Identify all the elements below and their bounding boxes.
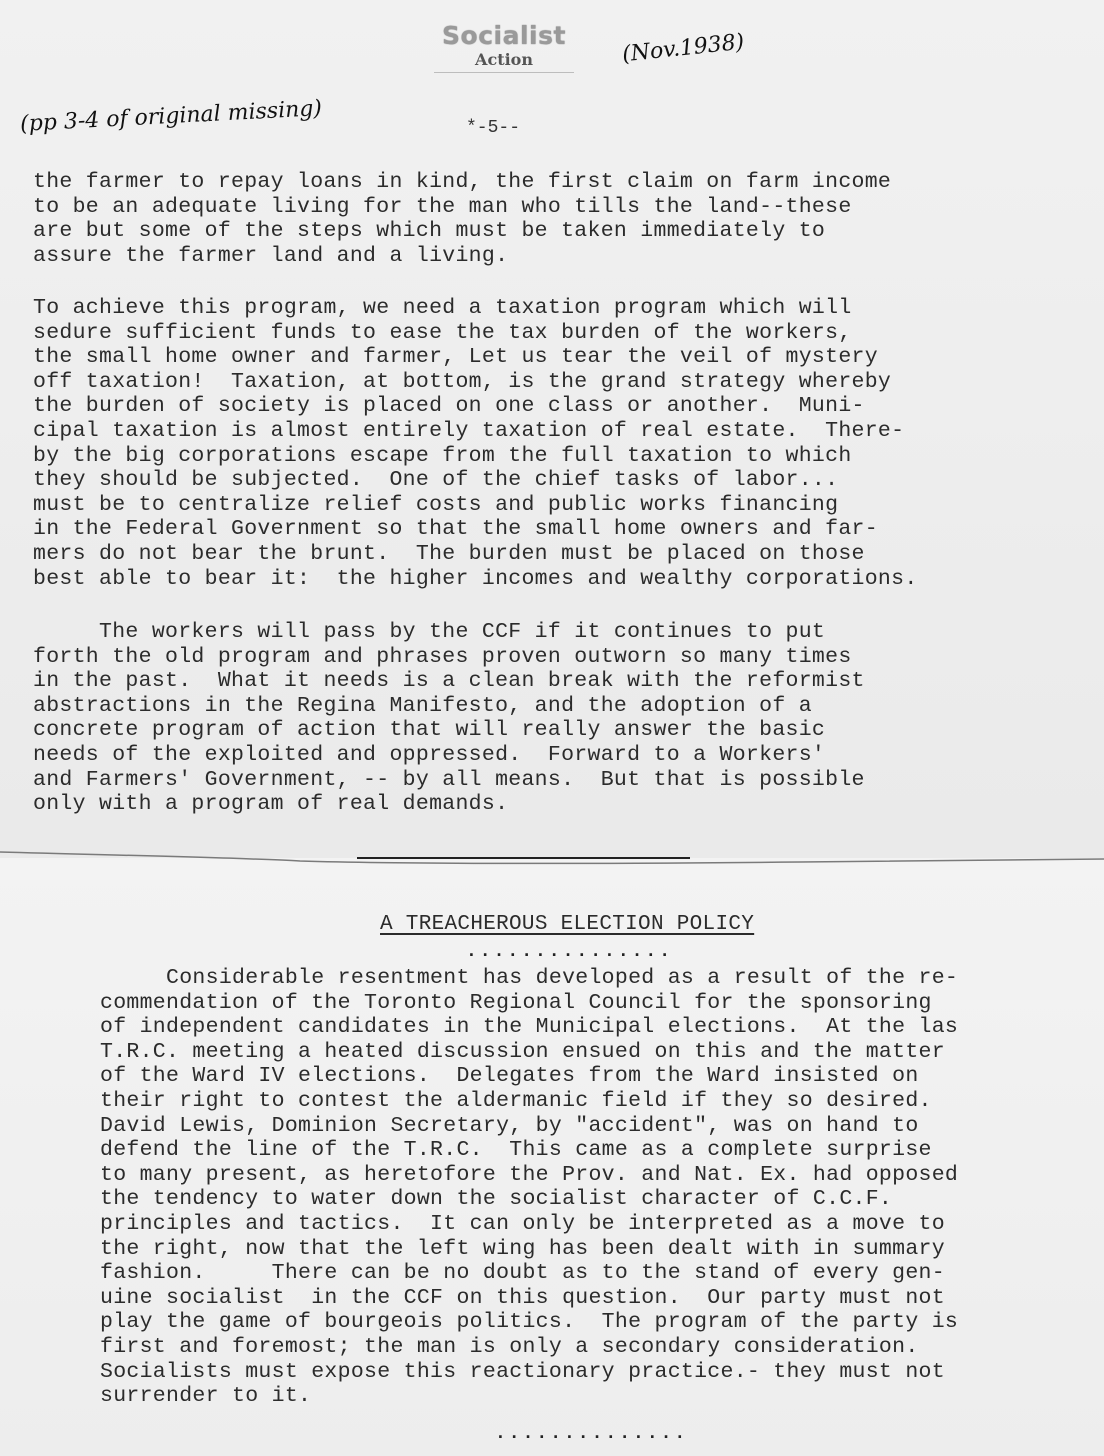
paragraph-election-policy: Considerable resentment has developed as…	[100, 966, 958, 1409]
headline-dot-divider: ...............	[466, 942, 673, 962]
page-number: *-5--	[466, 118, 520, 138]
masthead-subtitle: Action	[434, 50, 574, 70]
article-headline: A TREACHEROUS ELECTION POLICY	[380, 913, 754, 936]
paragraph-farm-program: the farmer to repay loans in kind, the f…	[33, 170, 891, 268]
masthead: Socialist Action	[434, 22, 574, 73]
section-divider-rule	[357, 857, 690, 859]
end-dot-divider: ..............	[495, 1424, 688, 1444]
paragraph-ccf-program: The workers will pass by the CCF if it c…	[33, 620, 865, 817]
masthead-title: Socialist	[434, 22, 574, 50]
paragraph-taxation: To achieve this program, we need a taxat…	[33, 296, 918, 591]
